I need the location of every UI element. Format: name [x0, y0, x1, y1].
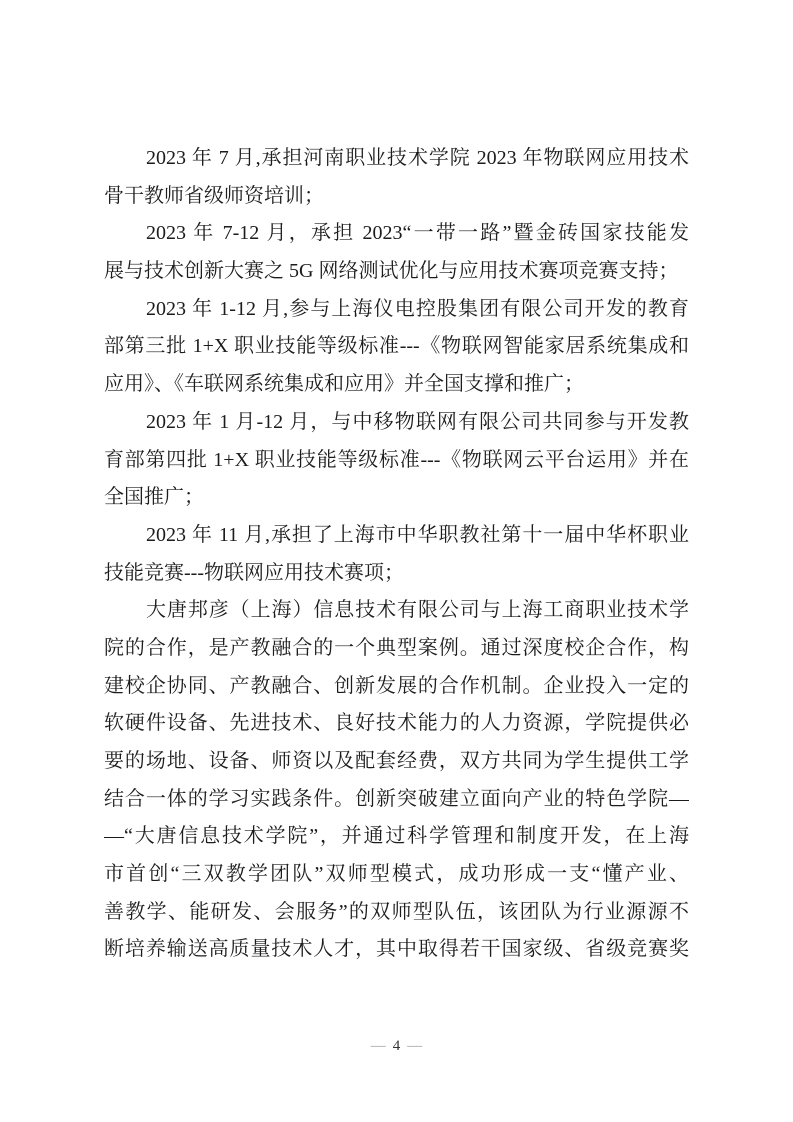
- text-line: 市首创“三双教学团队”双师型模式，成功形成一支“懂产业、: [104, 856, 689, 894]
- text-line: 2023 年 7-12 月，承担 2023“一带一路”暨金砖国家技能发: [104, 215, 689, 253]
- paragraph: 2023 年 7-12 月，承担 2023“一带一路”暨金砖国家技能发展与技术创…: [104, 215, 689, 290]
- text-line: 断培养输送高质量技术人才，其中取得若干国家级、省级竞赛奖: [104, 931, 689, 969]
- text-line: 技能竞赛---物联网应用技术赛项；: [104, 555, 689, 593]
- footer-dash-left: —: [371, 1038, 386, 1054]
- text-line: 2023 年 1 月-12 月，与中移物联网有限公司共同参与开发教: [104, 404, 689, 442]
- text-line: 2023 年 7 月,承担河南职业技术学院 2023 年物联网应用技术: [104, 140, 689, 178]
- paragraph: 大唐邦彦（上海）信息技术有限公司与上海工商职业技术学院的合作，是产教融合的一个典…: [104, 592, 689, 969]
- paragraph: 2023 年 11 月,承担了上海市中华职教社第十一届中华杯职业技能竞赛---物…: [104, 517, 689, 592]
- page-footer: —4—: [0, 1036, 793, 1056]
- document-body: 2023 年 7 月,承担河南职业技术学院 2023 年物联网应用技术骨干教师省…: [104, 140, 689, 969]
- paragraph: 2023 年 1-12 月,参与上海仪电控股集团有限公司开发的教育部第三批 1+…: [104, 291, 689, 404]
- text-line: 建校企协同、产教融合、创新发展的合作机制。企业投入一定的: [104, 668, 689, 706]
- text-line: 部第三批 1+X 职业技能等级标准---《物联网智能家居系统集成和: [104, 328, 689, 366]
- page-number: 4: [393, 1038, 401, 1054]
- text-line: 全国推广；: [104, 479, 689, 517]
- text-line: 应用》、《车联网系统集成和应用》并全国支撑和推广；: [104, 366, 689, 404]
- text-line: 要的场地、设备、师资以及配套经费，双方共同为学生提供工学: [104, 743, 689, 781]
- footer-dash-right: —: [407, 1038, 422, 1054]
- text-line: 展与技术创新大赛之 5G 网络测试优化与应用技术赛项竞赛支持；: [104, 253, 689, 291]
- paragraph: 2023 年 7 月,承担河南职业技术学院 2023 年物联网应用技术骨干教师省…: [104, 140, 689, 215]
- document-page: 2023 年 7 月,承担河南职业技术学院 2023 年物联网应用技术骨干教师省…: [0, 0, 793, 1122]
- text-line: 2023 年 1-12 月,参与上海仪电控股集团有限公司开发的教育: [104, 291, 689, 329]
- text-line: —“大唐信息技术学院”，并通过科学管理和制度开发，在上海: [104, 818, 689, 856]
- text-line: 结合一体的学习实践条件。创新突破建立面向产业的特色学院—: [104, 781, 689, 819]
- text-line: 育部第四批 1+X 职业技能等级标准---《物联网云平台运用》并在: [104, 442, 689, 480]
- text-line: 2023 年 11 月,承担了上海市中华职教社第十一届中华杯职业: [104, 517, 689, 555]
- text-line: 院的合作，是产教融合的一个典型案例。通过深度校企合作，构: [104, 630, 689, 668]
- text-line: 骨干教师省级师资培训；: [104, 178, 689, 216]
- text-line: 大唐邦彦（上海）信息技术有限公司与上海工商职业技术学: [104, 592, 689, 630]
- text-line: 善教学、能研发、会服务”的双师型队伍，该团队为行业源源不: [104, 894, 689, 932]
- text-line: 软硬件设备、先进技术、良好技术能力的人力资源，学院提供必: [104, 705, 689, 743]
- paragraph: 2023 年 1 月-12 月，与中移物联网有限公司共同参与开发教育部第四批 1…: [104, 404, 689, 517]
